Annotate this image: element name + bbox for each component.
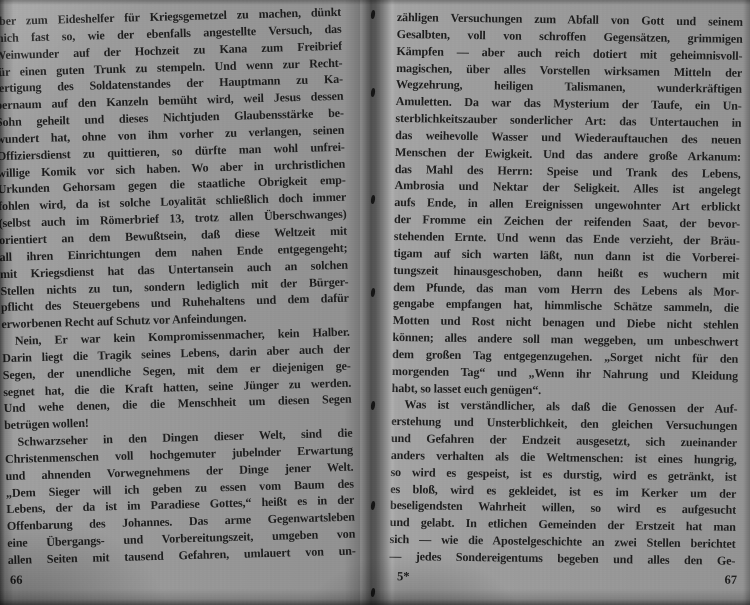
right-page-number: 67 [724,573,737,588]
book-spread-scan: aber zum Eideshelfer für Kriegsgemetzel … [0,0,750,605]
left-page-text: aber zum Eideshelfer für Kriegsgemetzel … [0,4,356,569]
signature-mark: 5* [397,569,410,584]
left-page-number: 66 [10,573,23,588]
right-page-text: zähligen Versuchungen zum Abfall von Got… [389,9,743,570]
